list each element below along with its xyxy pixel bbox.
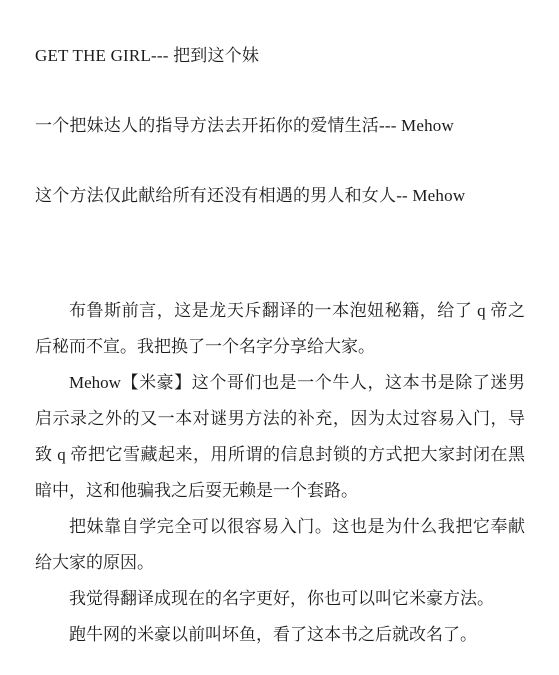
document-page: GET THE GIRL--- 把到这个妹 一个把妹达人的指导方法去开拓你的爱情… [0,0,559,675]
paragraph-foreword: 布鲁斯前言，这是龙天斥翻译的一本泡妞秘籍，给了 q 帝之后秘而不宣。我把换了一个… [35,293,525,365]
paragraph-self-study: 把妹靠自学完全可以很容易入门。这也是为什么我把它奉献给大家的原因。 [35,509,525,581]
book-title: GET THE GIRL--- 把到这个妹 [35,44,525,68]
preface-body: 布鲁斯前言，这是龙天斥翻译的一本泡妞秘籍，给了 q 帝之后秘而不宣。我把换了一个… [35,293,525,653]
dedication-line: 这个方法仅此献给所有还没有相遇的男人和女人-- Mehow [35,184,525,208]
paragraph-mehow-intro: Mehow【米豪】这个哥们也是一个牛人，这本书是除了迷男启示录之外的又一本对谜男… [35,365,525,509]
title-block: GET THE GIRL--- 把到这个妹 一个把妹达人的指导方法去开拓你的爱情… [35,44,525,208]
paragraph-paoniu-mehow: 跑牛网的米豪以前叫坏鱼，看了这本书之后就改名了。 [35,617,525,653]
subtitle-line: 一个把妹达人的指导方法去开拓你的爱情生活--- Mehow [35,114,525,138]
paragraph-translation-name: 我觉得翻译成现在的名字更好，你也可以叫它米豪方法。 [35,581,525,617]
